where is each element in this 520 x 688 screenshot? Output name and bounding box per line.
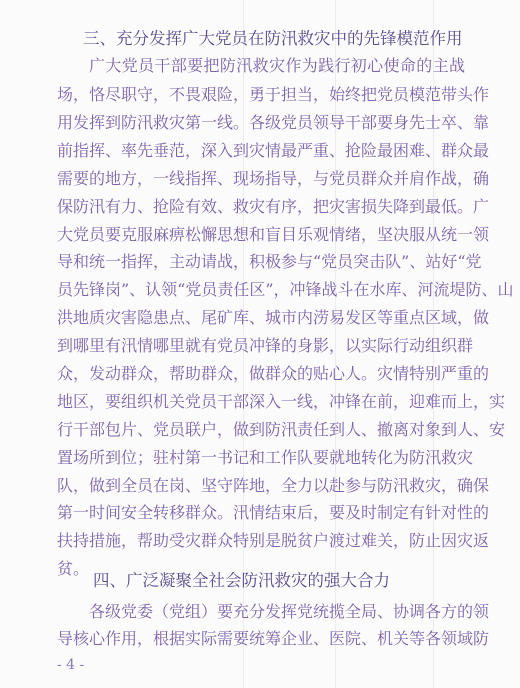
section-4-heading: 四、广泛凝聚全社会防汛救灾的强大合力: [93, 571, 390, 591]
page-number: - 4 -: [57, 657, 84, 673]
document-page: 三、充分发挥广大党员在防汛救灾中的先锋模范作用 广大党员干部要把防汛救灾作为践行…: [0, 0, 520, 688]
paragraph-line: 地区，要组织机关党员干部深入一线，冲锋在前，迎难而上，实: [57, 392, 465, 412]
paragraph-line: 各级党委（党组）要充分发挥党统揽全局、协调各方的领: [89, 602, 465, 622]
paragraph-line: 到哪里有汛情哪里就有党员冲锋的身影，以实际行动组织群: [57, 336, 465, 356]
paragraph-line: 场，恪尽职守，不畏艰险，勇于担当，始终把党员模范带头作: [57, 85, 465, 105]
paragraph-line: 众，发动群众，帮助群众，做群众的贴心人。灾情特别严重的: [57, 364, 465, 384]
paragraph-line: 行干部包片、党员联户，做到防汛责任到人、撤离对象到人、安: [57, 420, 465, 440]
paragraph-line: 置场所到位；驻村第一书记和工作队要就地转化为防汛救灾: [57, 448, 465, 468]
paragraph-line: 导和统一指挥，主动请战，积极参与“党员突击队”、站好“党: [57, 252, 465, 272]
paragraph-line: 洪地质灾害隐患点、尾矿库、城市内涝易发区等重点区域，做: [57, 308, 465, 328]
section-3-heading: 三、充分发挥广大党员在防汛救灾中的先锋模范作用: [83, 29, 463, 49]
paragraph-line: 员先锋岗”、认领“党员责任区”，冲锋战斗在水库、河流堤防、山: [57, 280, 465, 300]
paragraph-line: 队，做到全员在岗、坚守阵地，全力以赴参与防汛救灾，确保: [57, 476, 465, 496]
paragraph-line: 导核心作用，根据实际需要统筹企业、医院、机关等各领域防: [57, 629, 465, 649]
paragraph-line: 保防汛有力、抢险有效、救灾有序，把灾害损失降到最低。广: [57, 197, 465, 217]
paragraph-line: 广大党员干部要把防汛救灾作为践行初心使命的主战: [89, 56, 465, 76]
paragraph-line: 大党员要克服麻痹松懈思想和盲目乐观情绪，坚决服从统一领: [57, 225, 465, 245]
paragraph-line: 需要的地方，一线指挥、现场指导，与党员群众并肩作战，确: [57, 169, 465, 189]
paragraph-line: 第一时间安全转移群众。汛情结束后，要及时制定有针对性的: [57, 503, 465, 523]
paragraph-line: 扶持措施，帮助受灾群众特别是脱贫户渡过难关，防止因灾返: [57, 531, 465, 551]
paragraph-line: 用发挥到防汛救灾第一线。各级党员领导干部要身先士卒、靠: [57, 113, 465, 133]
paragraph-line: 前指挥、率先垂范，深入到灾情最严重、抢险最困难、群众最: [57, 141, 465, 161]
